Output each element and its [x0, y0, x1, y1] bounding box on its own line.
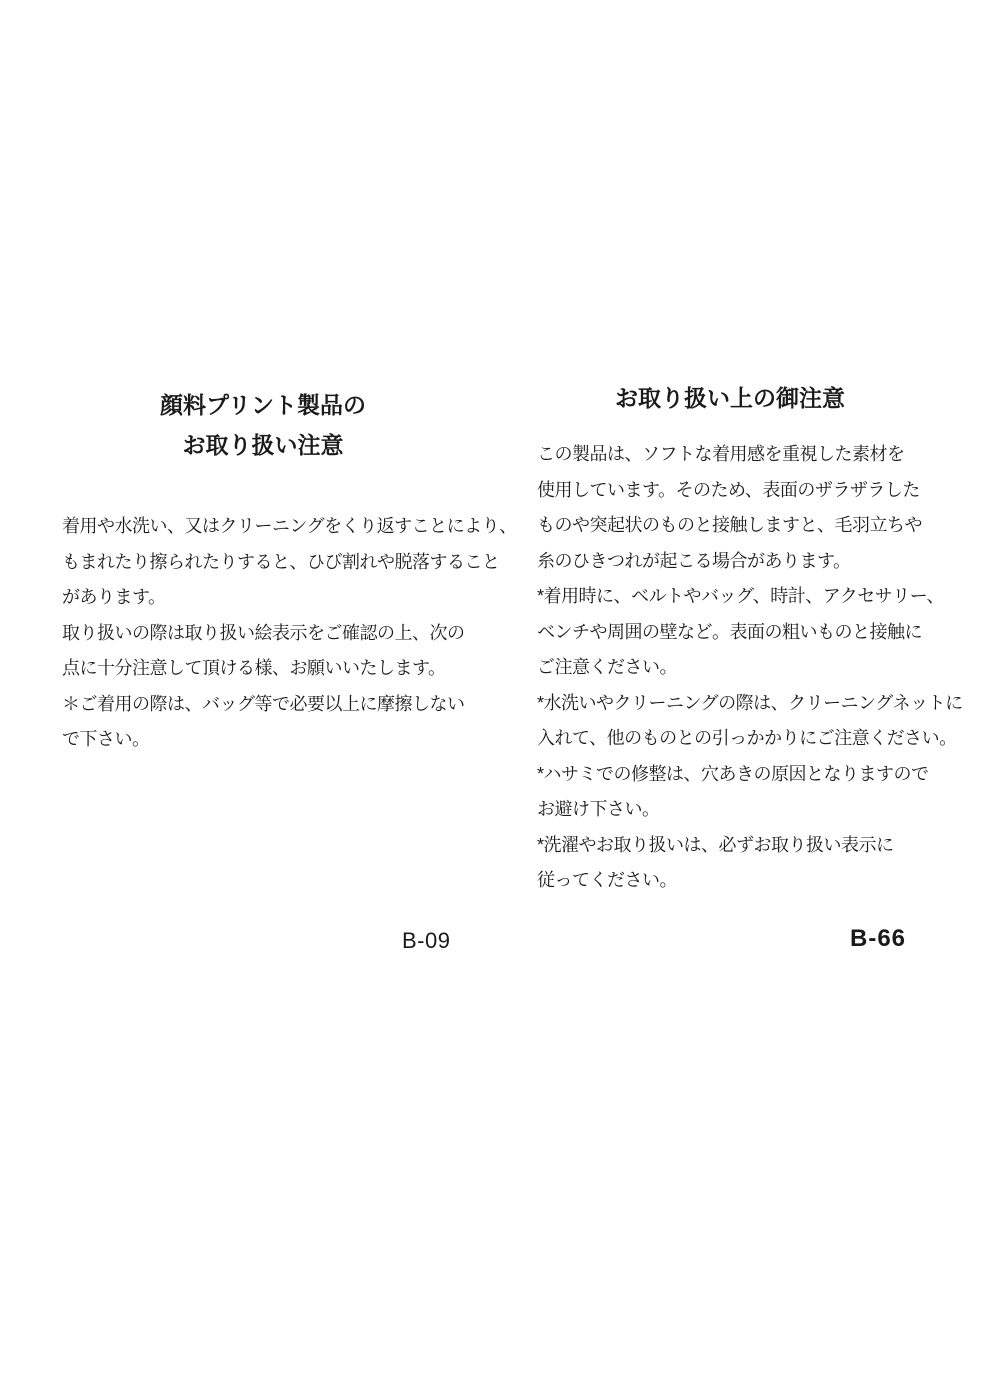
text-line: もまれたり擦られたりすると、ひび割れや脱落すること — [62, 545, 517, 581]
text-line: *水洗いやクリーニングの際は、クリーニングネットに — [537, 686, 963, 722]
text-line: ＊ご着用の際は、バッグ等で必要以上に摩擦しない — [62, 687, 517, 723]
text-line: 点に十分注意して頂ける様、お願いいたします。 — [62, 651, 517, 687]
text-line: 着用や水洗い、又はクリーニングをくり返すことにより、 — [62, 509, 517, 545]
text-line: ご注意ください。 — [537, 650, 963, 686]
text-line: *着用時に、ベルトやバッグ、時計、アクセサリー、 — [537, 579, 963, 615]
text-line: で下さい。 — [62, 722, 517, 758]
text-line: 入れて、他のものとの引っかかりにご注意ください。 — [537, 721, 963, 757]
text-line: *ハサミでの修整は、穴あきの原因となりますので — [537, 757, 963, 793]
left-column-body-text: 着用や水洗い、又はクリーニングをくり返すことにより、もまれたり擦られたりすると、… — [62, 509, 517, 758]
text-line: 使用しています。そのため、表面のザラザラした — [537, 473, 963, 509]
text-line: 取り扱いの際は取り扱い絵表示をご確認の上、次の — [62, 616, 517, 652]
text-line: 糸のひきつれが起こる場合があります。 — [537, 544, 963, 580]
text-line: この製品は、ソフトな着用感を重視した素材を — [537, 437, 963, 473]
text-line: ものや突起状のものと接触しますと、毛羽立ちや — [537, 508, 963, 544]
right-column-body-text: この製品は、ソフトな着用感を重視した素材を使用しています。そのため、表面のザラザ… — [537, 437, 963, 899]
text-line: 顔料プリント製品の — [58, 385, 468, 425]
text-line: お避け下さい。 — [537, 792, 963, 828]
text-line: ベンチや周囲の壁など。表面の粗いものと接触に — [537, 615, 963, 651]
text-line: があります。 — [62, 580, 517, 616]
text-line: 従ってください。 — [537, 863, 963, 899]
right-column-code-label: B-66 — [850, 925, 906, 953]
left-column-title: 顔料プリント製品のお取り扱い注意 — [58, 385, 468, 465]
left-column-code-label: B-09 — [402, 928, 450, 954]
text-line: お取り扱い上の御注意 — [530, 378, 930, 418]
text-line: お取り扱い注意 — [58, 425, 468, 465]
text-line: *洗濯やお取り扱いは、必ずお取り扱い表示に — [537, 828, 963, 864]
care-instruction-sheet: 顔料プリント製品のお取り扱い注意 着用や水洗い、又はクリーニングをくり返すことに… — [0, 0, 1000, 1400]
right-column-title: お取り扱い上の御注意 — [530, 378, 930, 418]
